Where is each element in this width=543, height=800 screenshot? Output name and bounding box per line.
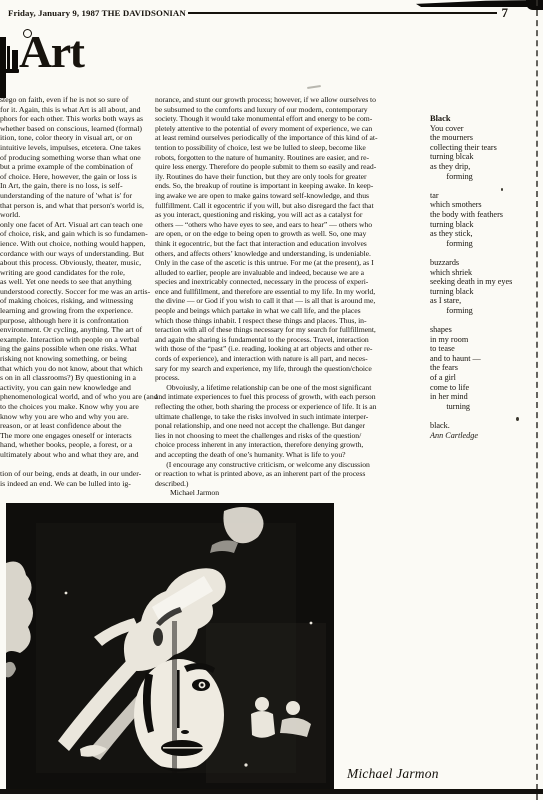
text-line: (I encourage any constructive criticism,… (155, 460, 407, 470)
text-line: is indeed an end. We can be lulled into … (0, 479, 152, 489)
text-line: as they drip, (430, 162, 534, 172)
clipped-letter-fragment (12, 50, 18, 71)
text-line: be subsumed to the comforts and luxury o… (155, 105, 407, 115)
text-line: turning black (430, 287, 534, 297)
text-line: people and beings which partake in what … (155, 306, 407, 316)
text-line: only one facet of Art. Visual art can te… (0, 220, 152, 230)
text-line: example. Interaction with people on a ve… (0, 335, 152, 345)
text-line: others — “others who have eyes to see, a… (155, 220, 407, 230)
text-line: ily. Routines do have their function, bu… (155, 172, 407, 182)
text-line: of a girl (430, 373, 534, 383)
text-line: s on in all classrooms?) By questioning … (0, 373, 152, 383)
artwork-caption: Michael Jarmon (347, 766, 439, 782)
artwork-print (6, 503, 334, 792)
text-line: Michael Jarmon (155, 488, 407, 498)
text-line: Only in the case of the ascetic is this … (155, 258, 407, 268)
pencil-mark (307, 85, 321, 89)
text-line: norance, and stunt our growth process; h… (155, 95, 407, 105)
text-line: described.) (155, 479, 407, 489)
text-line: ence and fullfillment, and therefore are… (155, 287, 407, 297)
ink-speck (516, 417, 519, 421)
text-line: sary for my search and experience, my li… (155, 364, 407, 374)
text-line: with those of the “past” (i.e. reading, … (155, 344, 407, 354)
text-line: process. (155, 373, 407, 383)
text-line: ience. With out choice, nothing would ha… (0, 239, 152, 249)
text-line: to tease (430, 344, 534, 354)
clipping-edge-corner (526, 0, 543, 10)
text-line: alluded to earlier, people are invaluabl… (155, 268, 407, 278)
text-line: as I stare, (430, 296, 534, 306)
text-line: and to haunt — (430, 354, 534, 364)
text-line: seeking death in my eyes (430, 277, 534, 287)
text-line: reason, or at least confidence about the (0, 421, 152, 431)
text-line: turning black (430, 220, 534, 230)
text-line: ends. So, the breakup of routine is impo… (155, 181, 407, 191)
text-line: turning blcak (430, 152, 534, 162)
masthead-rule (188, 12, 497, 14)
text-line: of choice. Here, however, the gain or lo… (0, 172, 152, 182)
text-line: and accepting the death of one’s humanit… (155, 450, 407, 460)
text-line: that person is, and what that person's w… (0, 201, 152, 211)
text-line: in my room (430, 335, 534, 345)
text-line: which shriek (430, 268, 534, 278)
text-line: understood corectly. Soccer for me was a… (0, 287, 152, 297)
text-line: ing awake we are open to make gains towa… (155, 191, 407, 201)
text-line: phenomenological world, and of who you a… (0, 392, 152, 402)
text-line: activity, you can gain new knowledge and (0, 383, 152, 393)
text-line: teraction with all of these things neces… (155, 325, 407, 335)
text-line: species and inextricably connected, nece… (155, 277, 407, 287)
text-line: fullfillment. Call it egocentric if you … (155, 201, 407, 211)
text-line: whether based on conscious, learned (for… (0, 124, 152, 134)
text-line: as they stick, (430, 229, 534, 239)
text-line: which those things inhabit. I respect th… (155, 316, 407, 326)
poem-body: You coverthe mournerscollecting their te… (430, 124, 534, 431)
text-line (430, 181, 534, 191)
text-line: come to life (430, 383, 534, 393)
newspaper-page: Friday, January 9, 1987 THE DAVIDSONIAN … (0, 0, 543, 800)
text-line: are open, or on the edge to being open t… (155, 229, 407, 239)
text-line (430, 248, 534, 258)
text-line: as well. Yet one needs to see that anyth… (0, 277, 152, 287)
text-line: purpose, although here it is confrontati… (0, 316, 152, 326)
text-line: about this process. Obviously, theater, … (0, 258, 152, 268)
text-line: tention to possibility of choice, lest w… (155, 143, 407, 153)
text-line: collecting their tears (430, 143, 534, 153)
text-line: forming (430, 172, 534, 182)
section-title: Art (19, 31, 83, 72)
page-bottom-rule (0, 789, 543, 794)
text-line: think it egocentric, but the fact that i… (155, 239, 407, 249)
text-line: environment. Or cycling, anything. The a… (0, 325, 152, 335)
text-line: You cover (430, 124, 534, 134)
text-line: ponal relationship, and one need not acc… (155, 421, 407, 431)
text-line: and intimate experiences to fuel this pr… (155, 392, 407, 402)
text-line: pletely attentive to the potential of ev… (155, 124, 407, 134)
text-line (430, 315, 534, 325)
text-line: stego on faith, even if he is not so sur… (0, 95, 152, 105)
poem-column: Black You coverthe mournerscollecting th… (430, 114, 534, 440)
text-line: the body with feathers (430, 210, 534, 220)
masthead-text: Friday, January 9, 1987 THE DAVIDSONIAN (8, 8, 186, 18)
text-line: forming (430, 306, 534, 316)
text-line: the mourners (430, 133, 534, 143)
text-line: ing the gains possible when one risks. W… (0, 344, 152, 354)
text-line: ition, tone, color theory in visual art,… (0, 133, 152, 143)
text-line (0, 460, 152, 470)
text-line: others, and affects others’ knowledge an… (155, 249, 407, 259)
text-line: which smothers (430, 200, 534, 210)
text-line: buzzards (430, 258, 534, 268)
poem-author: Ann Cartledge (430, 431, 534, 441)
text-line: the fears (430, 363, 534, 373)
ink-speck (501, 188, 503, 191)
text-line: learning and growing from the experience… (0, 306, 152, 316)
text-line: cords of experience), and interaction wi… (155, 354, 407, 364)
text-line: world. (0, 210, 152, 220)
text-line: tion of our being, ends at death, in our… (0, 469, 152, 479)
text-line: or reaction to what is printed above, as… (155, 469, 407, 479)
text-line: that which you do not know, about that w… (0, 364, 152, 374)
article-column-left: stego on faith, even if he is not so sur… (0, 95, 152, 488)
text-line: cordance with our ways of understanding.… (0, 249, 152, 259)
clipped-logo-bar (0, 37, 6, 98)
text-line: risking not knowing something, or being (0, 354, 152, 364)
text-line: of producing something worse than what o… (0, 153, 152, 163)
text-line: choice process inherent in any interacti… (155, 440, 407, 450)
artwork-image (6, 503, 334, 792)
text-line: reflecting the other, both sharing the p… (155, 402, 407, 412)
text-line: ultimately about who and what they are, … (0, 450, 152, 460)
text-line: hand, whether books, people, a forest, o… (0, 440, 152, 450)
page-number: 7 (502, 6, 509, 19)
text-line: of choice, risk, and gain which is so fu… (0, 229, 152, 239)
text-line: forming (430, 239, 534, 249)
text-line: intuitive levels, impulses, etcetera. On… (0, 143, 152, 153)
article-column-middle: norance, and stunt our growth process; h… (155, 95, 407, 498)
text-line: turning (430, 402, 534, 412)
text-line: shapes (430, 325, 534, 335)
clipping-edge-right (536, 0, 538, 800)
text-line: society. Though it would take monumental… (155, 114, 407, 124)
text-line: to the choices you make. Know why you ar… (0, 402, 152, 412)
text-line: as you interact, questioning and risking… (155, 210, 407, 220)
poem-title: Black (430, 114, 534, 124)
text-line: for it. Again, this is what Art is all a… (0, 105, 152, 115)
text-line: black. (430, 421, 534, 431)
text-line: quire less energy. Therefore do people s… (155, 162, 407, 172)
text-line: but a prime example of the combination o… (0, 162, 152, 172)
text-line: robots, forgotten to the nature of human… (155, 153, 407, 163)
text-line: of making choices, risking, and witnessi… (0, 296, 152, 306)
text-line: The more one engages oneself or interact… (0, 431, 152, 441)
text-line: phors for each other. This works both wa… (0, 114, 152, 124)
text-line: the divine — or God if you wish to call … (155, 296, 407, 306)
text-line: In Art, the gain, there is no loss, is s… (0, 181, 152, 191)
text-line: writing are good candidates for the role… (0, 268, 152, 278)
text-line: at least remind ourselves periodically o… (155, 133, 407, 143)
text-line: lies in not choosing to meet the challen… (155, 431, 407, 441)
text-line: ultimate challenge, to take the risks in… (155, 412, 407, 422)
text-line: Obvoiusly, a lifetime relationship can b… (155, 383, 407, 393)
text-line: know why you are who and why you are. (0, 412, 152, 422)
text-line: tar (430, 191, 534, 201)
masthead: Friday, January 9, 1987 THE DAVIDSONIAN … (8, 6, 508, 19)
clipped-letter-fragment (5, 69, 19, 73)
text-line: understanding of the nature of 'what is'… (0, 191, 152, 201)
text-line: and again the sharing is fundamental to … (155, 335, 407, 345)
text-line: in her mind (430, 392, 534, 402)
